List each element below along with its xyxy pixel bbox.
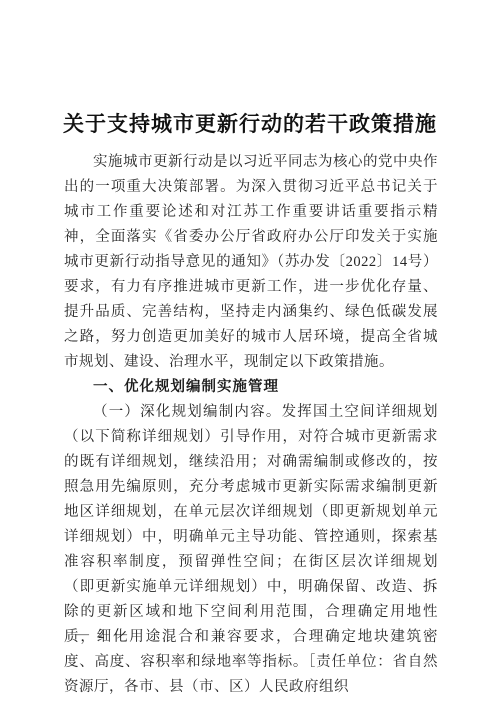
section1-item1-paragraph: （一）深化规划编制内容。发挥国土空间详细规划（以下简称详细规划）引导作用，对符合… (64, 400, 438, 700)
page-number: — 2 — (76, 626, 130, 642)
section-heading-1: 一、优化规划编制实施管理 (64, 375, 438, 400)
document-page: 关于支持城市更新行动的若干政策措施 实施城市更新行动是以习近平同志为核心的党中央… (0, 0, 500, 707)
intro-paragraph: 实施城市更新行动是以习近平同志为核心的党中央作出的一项重大决策部署。为深入贯彻习… (64, 150, 438, 375)
document-body: 实施城市更新行动是以习近平同志为核心的党中央作出的一项重大决策部署。为深入贯彻习… (64, 150, 438, 700)
document-title: 关于支持城市更新行动的若干政策措施 (0, 108, 500, 138)
item1-lead-text: （一）深化规划编制内容。 (93, 404, 282, 420)
